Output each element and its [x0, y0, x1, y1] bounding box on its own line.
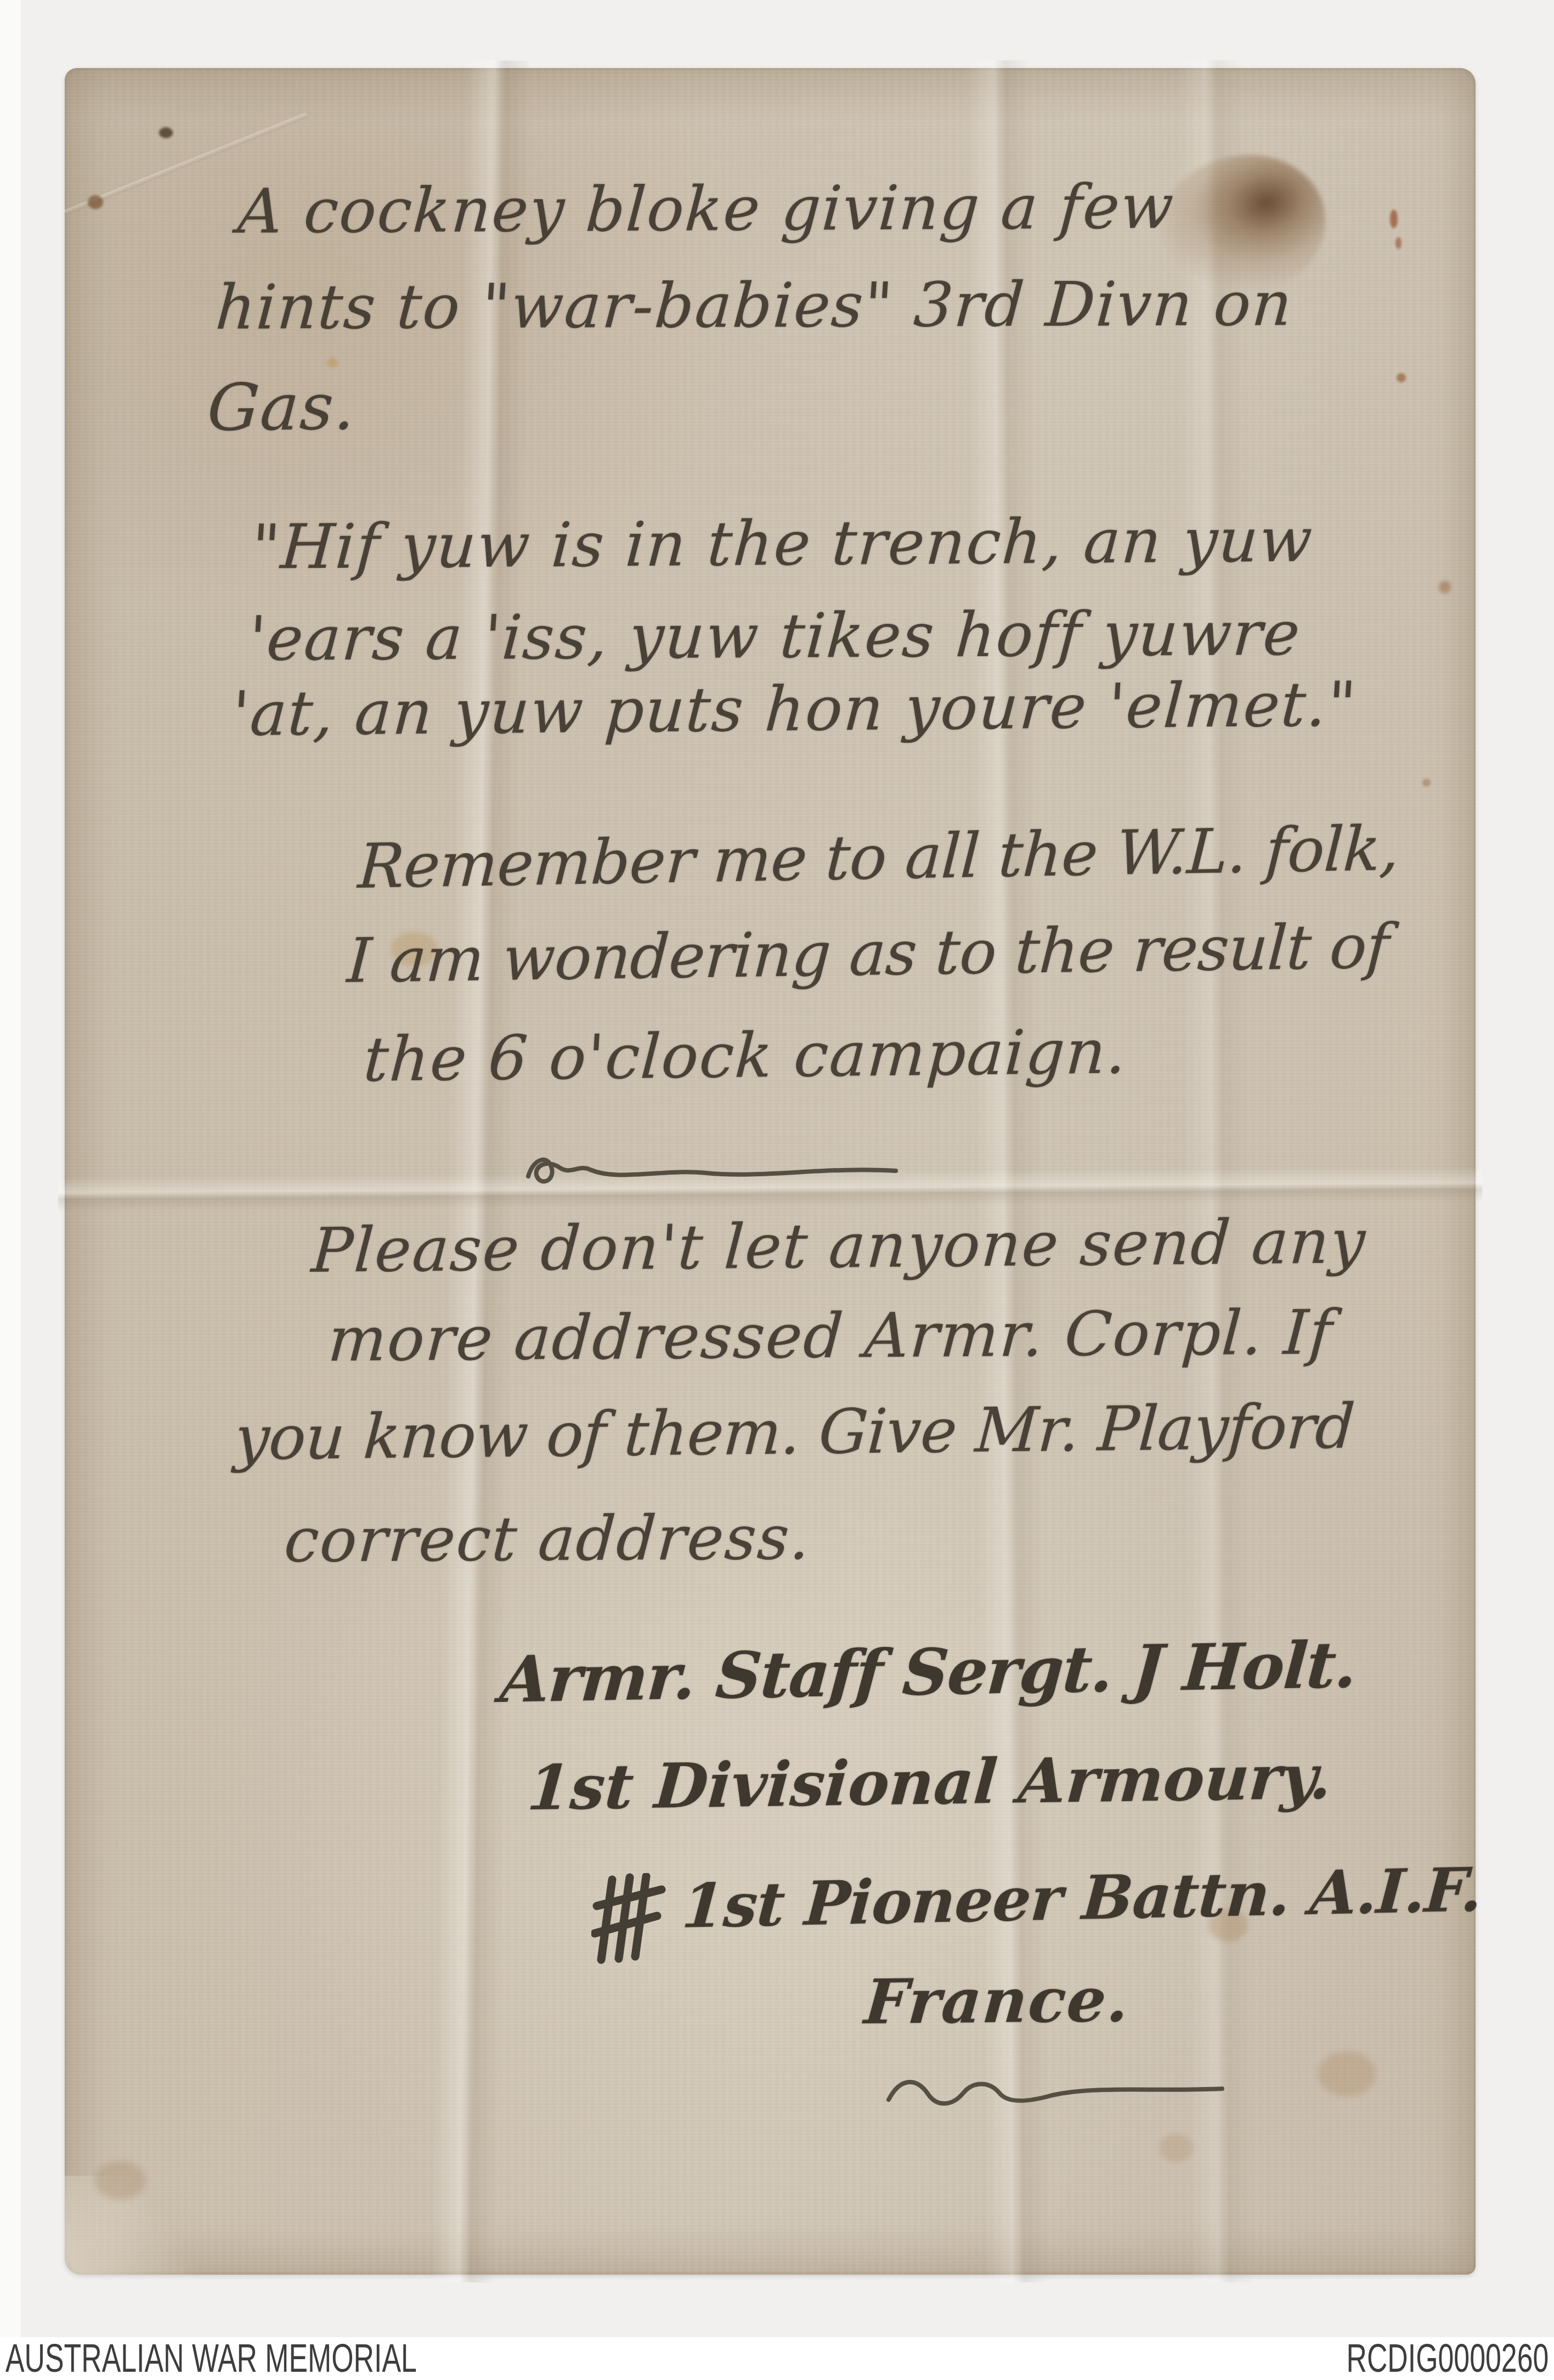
letter-line: more addressed Armr. Corpl. If — [326, 1302, 1335, 1371]
letter-line: you know of them. Give Mr. Playford — [233, 1396, 1356, 1469]
letter-line: 'ears a 'iss, yuw tikes hoff yuwre — [247, 603, 1303, 670]
scanner-edge-strip — [0, 0, 21, 2337]
stain-dot — [1390, 210, 1398, 228]
letter-line: 'at, an yuw puts hon youre 'elmet." — [230, 674, 1359, 745]
signature-line: 1st Pioneer Battn. A.I.F. — [680, 1859, 1484, 1937]
stain-yellow-small — [327, 358, 338, 368]
reference-id: RCDIG0000260 — [1346, 2339, 1549, 2378]
corner-fold-bottom-left — [65, 2176, 229, 2275]
letter-line: "Hif yuw is in the trench, an yuw — [250, 509, 1315, 578]
speck-top-left — [159, 127, 173, 138]
speck-left-edge — [88, 195, 103, 209]
signature-line: 1st Divisional Armoury. — [525, 1746, 1334, 1819]
signature-line: France. — [862, 1970, 1132, 2033]
letter-paper: A cockney bloke giving a few hints to "w… — [65, 68, 1476, 2275]
stain-dot — [1439, 581, 1451, 593]
stain-bottom-right — [1318, 2051, 1376, 2096]
letter-line: Please don't let anyone send any — [310, 1211, 1368, 1282]
stain-bottom-right — [1159, 2134, 1193, 2162]
flourish-squiggle — [882, 2068, 1233, 2117]
archive-watermark-bar: AUSTRALIAN WAR MEMORIAL RCDIG0000260 — [0, 2337, 1554, 2380]
letter-line: correct address. — [282, 1507, 813, 1571]
letter-line: I am wondering as to the result of — [346, 916, 1390, 992]
letter-line: the 6 o'clock campaign. — [362, 1021, 1129, 1091]
archive-name: AUSTRALIAN WAR MEMORIAL — [5, 2339, 417, 2378]
stain-dot — [1397, 373, 1406, 382]
stain-dot — [1422, 779, 1431, 787]
signature-line: Armr. Staff Sergt. J Holt. — [498, 1633, 1358, 1712]
letter-line: A cockney bloke giving a few — [236, 176, 1176, 242]
scanned-letter-page: A cockney bloke giving a few hints to "w… — [0, 0, 1554, 2380]
stain-dot — [1395, 237, 1402, 249]
stain-bottom-left — [95, 2161, 145, 2199]
flourish-squiggle — [520, 1142, 904, 1197]
letter-line: Remember me to all the W.L. folk, — [357, 818, 1400, 898]
letter-line: Gas. — [206, 374, 358, 440]
ink-blot-scratch — [591, 1873, 674, 1966]
letter-line: hints to "war-babies" 3rd Divn on — [214, 273, 1295, 339]
